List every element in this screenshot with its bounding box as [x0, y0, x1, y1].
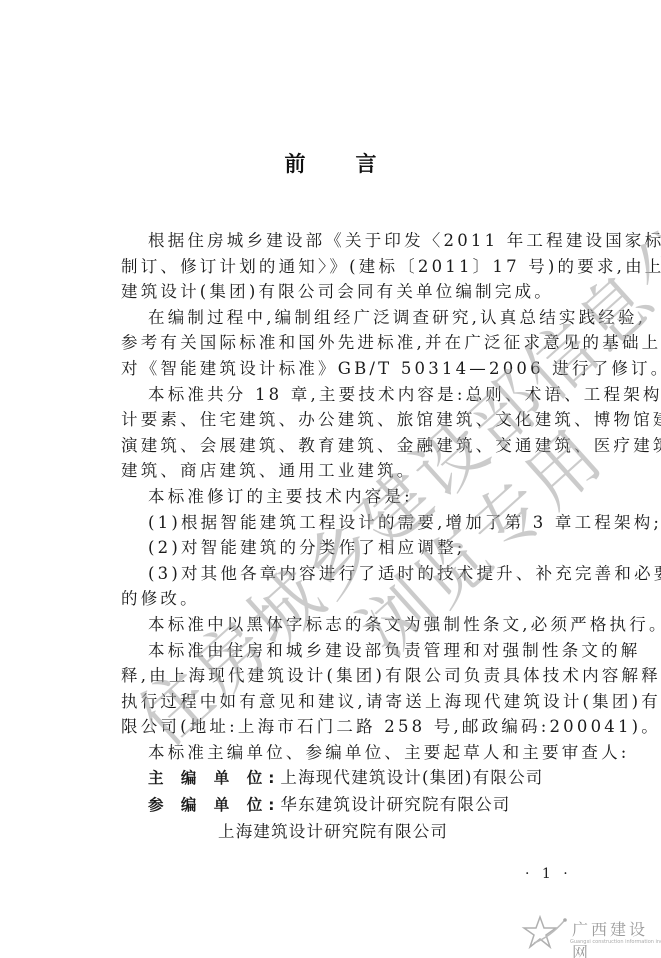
- text-line: 制订、修订计划的通知〉》(建标〔2011〕17 号)的要求,由上海现代: [121, 254, 577, 280]
- logo-name: 广西建设网: [572, 917, 660, 958]
- paragraph-5: (1)根据智能建筑工程设计的需要,增加了第 3 章工程架构;: [121, 510, 577, 536]
- preface-body: 根据住房城乡建设部《关于印发〈2011 年工程建设国家标准 制订、修订计划的通知…: [121, 228, 577, 844]
- paragraph-3: 本标准共分 18 章,主要技术内容是:总则、术语、工程架构、设 计要素、住宅建筑…: [121, 382, 577, 484]
- participant-value-2: 上海建筑设计研究院有限公司: [121, 819, 577, 845]
- text-line: 的修改。: [121, 586, 577, 612]
- logo-subtitle: Guangxi construction information industr…: [570, 939, 661, 945]
- text-line: 演建筑、会展建筑、教育建筑、金融建筑、交通建筑、医疗建筑、体育: [121, 433, 577, 459]
- paragraph-7: (3)对其他各章内容进行了适时的技术提升、补充完善和必要 的修改。: [121, 561, 577, 612]
- paragraph-6: (2)对智能建筑的分类作了相应调整;: [121, 535, 577, 561]
- paragraph-2: 在编制过程中,编制组经广泛调查研究,认真总结实践经验, 参考有关国际标准和国外先…: [121, 305, 577, 382]
- title-char-2: 言: [356, 148, 377, 178]
- text-line: 本标准修订的主要技术内容是:: [121, 484, 577, 510]
- participant-label: 参 编 单 位:: [148, 796, 280, 814]
- page-title: 前言: [0, 148, 661, 178]
- text-line: (1)根据智能建筑工程设计的需要,增加了第 3 章工程架构;: [121, 510, 577, 536]
- text-line: (2)对智能建筑的分类作了相应调整;: [121, 535, 577, 561]
- star-logo-icon: [520, 915, 568, 949]
- text-line: 执行过程中如有意见和建议,请寄送上海现代建筑设计(集团)有: [121, 689, 577, 715]
- paragraph-9: 本标准由住房和城乡建设部负责管理和对强制性条文的解 释,由上海现代建筑设计(集团…: [121, 638, 577, 740]
- text-line: 计要素、住宅建筑、办公建筑、旅馆建筑、文化建筑、博物馆建筑、观: [121, 407, 577, 433]
- page-number: · 1 ·: [525, 866, 572, 882]
- paragraph-4: 本标准修订的主要技术内容是:: [121, 484, 577, 510]
- text-line: 建筑、商店建筑、通用工业建筑。: [121, 458, 577, 484]
- chief-editor-value: 上海现代建筑设计(集团)有限公司: [280, 768, 543, 787]
- site-logo: 广西建设网 Guangxi construction information i…: [520, 915, 660, 950]
- text-line: 本标准共分 18 章,主要技术内容是:总则、术语、工程架构、设: [121, 382, 577, 408]
- title-char-1: 前: [285, 148, 306, 178]
- document-page: 前言 根据住房城乡建设部《关于印发〈2011 年工程建设国家标准 制订、修订计划…: [0, 0, 661, 958]
- text-line: 对《智能建筑设计标准》GB/T 50314—2006 进行了修订。: [121, 356, 577, 382]
- text-line: 限公司(地址:上海市石门二路 258 号,邮政编码:200041)。: [121, 714, 577, 740]
- chief-editor-label: 主 编 单 位:: [148, 769, 280, 787]
- text-line: 参考有关国际标准和国外先进标准,并在广泛征求意见的基础上,: [121, 330, 577, 356]
- text-line: 释,由上海现代建筑设计(集团)有限公司负责具体技术内容解释,: [121, 663, 577, 689]
- text-line: (3)对其他各章内容进行了适时的技术提升、补充完善和必要: [121, 561, 577, 587]
- text-line: 本标准主编单位、参编单位、主要起草人和主要审查人:: [121, 740, 577, 766]
- text-line: 在编制过程中,编制组经广泛调查研究,认真总结实践经验,: [121, 305, 577, 331]
- text-line: 建筑设计(集团)有限公司会同有关单位编制完成。: [121, 279, 577, 305]
- text-line: 本标准中以黑体字标志的条文为强制性条文,必须严格执行。: [121, 612, 577, 638]
- text-line: 本标准由住房和城乡建设部负责管理和对强制性条文的解: [121, 638, 577, 664]
- paragraph-1: 根据住房城乡建设部《关于印发〈2011 年工程建设国家标准 制订、修订计划的通知…: [121, 228, 577, 305]
- paragraph-8: 本标准中以黑体字标志的条文为强制性条文,必须严格执行。: [121, 612, 577, 638]
- chief-editor-row: 主 编 单 位:上海现代建筑设计(集团)有限公司: [121, 765, 577, 792]
- text-line: 根据住房城乡建设部《关于印发〈2011 年工程建设国家标准: [121, 228, 577, 254]
- participant-row: 参 编 单 位:华东建筑设计研究院有限公司: [121, 792, 577, 819]
- participant-value-1: 华东建筑设计研究院有限公司: [280, 795, 510, 814]
- paragraph-10: 本标准主编单位、参编单位、主要起草人和主要审查人:: [121, 740, 577, 766]
